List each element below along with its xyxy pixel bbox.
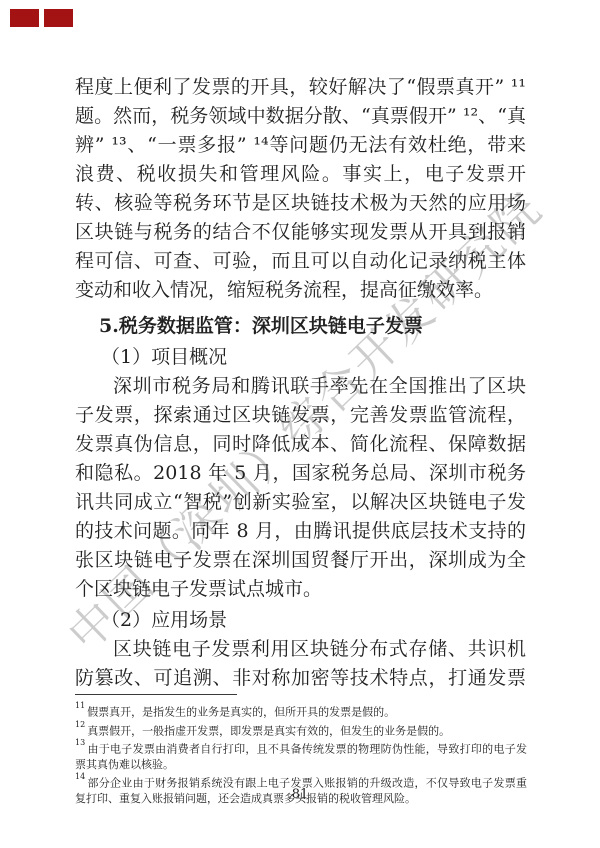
red-mark <box>10 9 39 27</box>
footnote-text: 真票假开，一般指虚开发票，即发票是真实有效的，但发生的业务是假的。 <box>87 724 450 737</box>
text-line: 子发票，探索通过区块链发票，完善发票监管流程，追溯 <box>75 401 526 430</box>
page-number: 81 <box>0 787 600 802</box>
text-line: 深圳市税务局和腾讯联手率先在全国推出了区块链电 <box>75 372 526 401</box>
document-page: 中国（深圳）综合开发研究院 程度上便利了发票的开具，较好解决了“假票真开” ¹¹… <box>0 0 600 848</box>
text-line: 辨” ¹³、“一票多报” ¹⁴等问题仍无法有效杜绝，带来了成本 <box>75 131 526 160</box>
footnote-marker: 14 <box>75 772 85 781</box>
footnote: 11假票真开，是指发生的业务是真实的，但所开具的发票是假的。 <box>75 701 527 720</box>
text-line: 个区块链电子发票试点城市。 <box>75 575 526 604</box>
text-line: 区块链与税务的结合不仅能够实现发票从开具到报销全流 <box>75 218 526 247</box>
text-line: 张区块链电子发票在深圳国贸餐厅开出，深圳成为全国首 <box>75 546 526 575</box>
footnote-separator <box>75 694 237 695</box>
text-line: 防篡改、可追溯、非对称加密等技术特点，打通发票申领、 <box>75 664 526 693</box>
text-line: 程度上便利了发票的开具，较好解决了“假票真开” ¹¹的问 <box>75 73 526 102</box>
footnote: 13由于电子发票由消费者自行打印，且不具备传统发票的物理防伪性能，导致打印的电子… <box>75 738 527 772</box>
text-line: 程可信、可查、可验，而且可以自动化记录纳税主体资产 <box>75 247 526 276</box>
text-line: 转、核验等税务环节是区块链技术极为天然的应用场景。 <box>75 189 526 218</box>
footnote-marker: 11 <box>75 701 85 710</box>
document-content: 程度上便利了发票的开具，较好解决了“假票真开” ¹¹的问题。然而，税务领域中数据… <box>75 73 526 693</box>
section-heading: 5.税务数据监管：深圳区块链电子发票 <box>75 312 526 341</box>
red-mark <box>44 9 73 27</box>
text-line: 和隐私。2018 年 5 月，国家税务总局、深圳市税务局和腾 <box>75 459 526 488</box>
corner-marks <box>10 9 73 27</box>
text-line: 讯共同成立“智税”创新实验室，以解决区块链电子发票 <box>75 488 526 517</box>
text-line: 区块链电子发票利用区块链分布式存储、共识机制、 <box>75 635 526 664</box>
text-line: 浪费、税收损失和管理风险。事实上，电子发票开具、流 <box>75 160 526 189</box>
text-line: 发票真伪信息，同时降低成本、简化流程、保障数据安全 <box>75 430 526 459</box>
footnote: 12真票假开，一般指虚开发票，即发票是真实有效的，但发生的业务是假的。 <box>75 720 527 739</box>
text-line: 变动和收入情况，缩短税务流程，提高征缴效率。 <box>75 276 526 305</box>
text-line: 的技术问题。同年 8 月，由腾讯提供底层技术支持的全国首 <box>75 517 526 546</box>
footnote-text: 由于电子发票由消费者自行打印，且不具备传统发票的物理防伪性能，导致打印的电子发票… <box>75 743 527 771</box>
footnote-marker: 13 <box>75 738 85 747</box>
subsection-heading: （1）项目概况 <box>75 343 526 372</box>
subsection-heading: （2）应用场景 <box>75 606 526 635</box>
footnote-marker: 12 <box>75 720 85 729</box>
text-line: 题。然而，税务领域中数据分散、“真票假开” ¹²、“真假难 <box>75 102 526 131</box>
footnote-text: 假票真开，是指发生的业务是真实的，但所开具的发票是假的。 <box>87 706 395 719</box>
